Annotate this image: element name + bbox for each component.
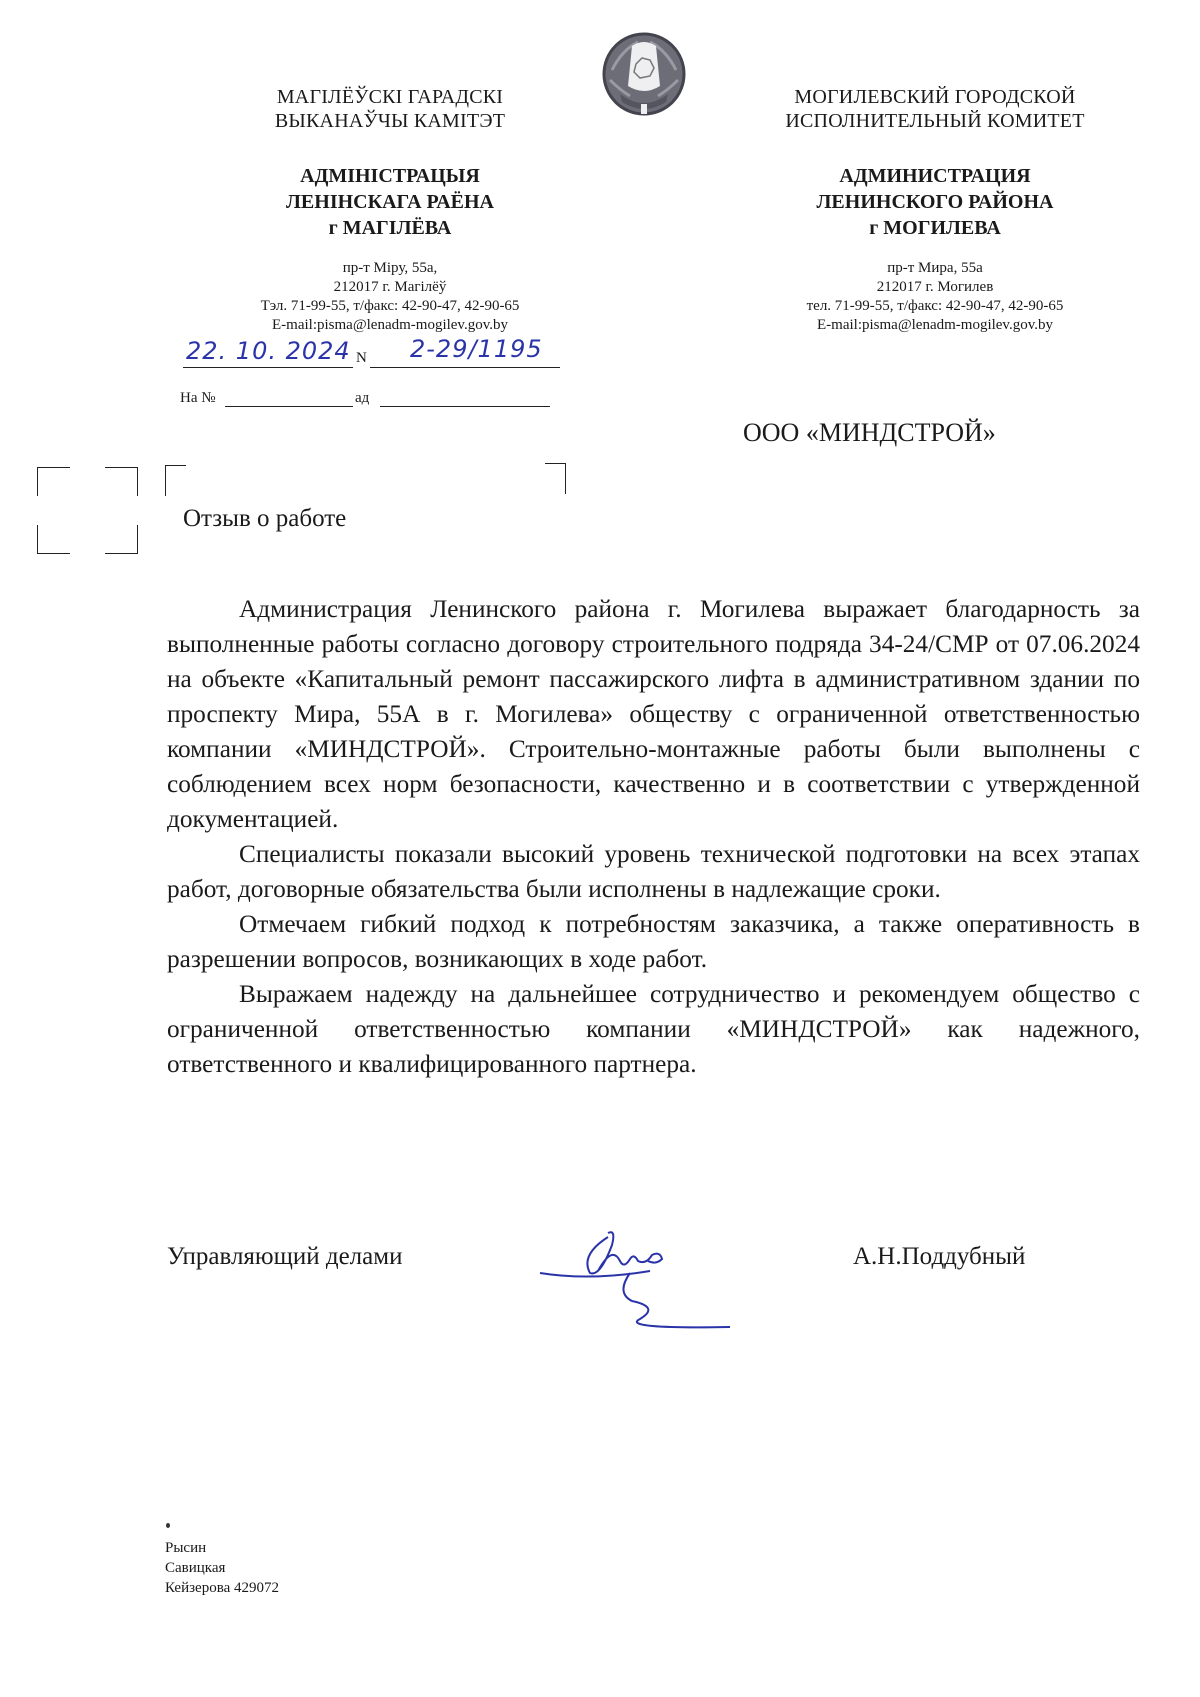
body-paragraph: Выражаем надежду на дальнейшее сотруднич… (167, 977, 1140, 1082)
letter-body: Администрация Ленинского района г. Могил… (167, 592, 1140, 1082)
corner-bracket-br (105, 525, 138, 554)
body-paragraph: Специалисты показали высокий уровень тех… (167, 837, 1140, 907)
registration-number: 2-29/1195 (410, 335, 543, 363)
dept-name-by-line3: г МАГІЛЁВА (195, 215, 585, 241)
dept-name-ru-line3: г МОГИЛЕВА (735, 215, 1135, 241)
reference-date-label: ад (355, 390, 369, 407)
org-name-ru-line2: ИСПОЛНИТЕЛЬНЫЙ КОМИТЕТ (735, 109, 1135, 133)
org-name-ru-line1: МОГИЛЕВСКИЙ ГОРОДСКОЙ (735, 85, 1135, 109)
executor-1: Рысин (165, 1538, 279, 1558)
registration-number-label: N (356, 350, 367, 367)
handwritten-signature-icon (520, 1215, 760, 1335)
dept-name-ru-line1: АДМИНИСТРАЦИЯ (735, 163, 1135, 189)
addressee: ООО «МИНДСТРОЙ» (743, 418, 996, 448)
subject: Отзыв о работе (183, 505, 346, 533)
dept-name-by-line1: АДМІНІСТРАЦЫЯ (195, 163, 585, 189)
subject-bracket-left (165, 465, 186, 496)
corner-bracket-tr (105, 467, 138, 496)
org-name-by-line1: МАГІЛЁЎСКІ ГАРАДСКІ (195, 85, 585, 109)
phone-ru: тел. 71-99-55, т/факс: 42-90-47, 42-90-6… (735, 297, 1135, 316)
org-name-by-line2: ВЫКАНАЎЧЫ КАМІТЭТ (195, 109, 585, 133)
dept-name-by-line2: ЛЕНІНСКАГА РАЁНА (195, 189, 585, 215)
address-ru-line1: пр-т Мира, 55а (735, 259, 1135, 278)
corner-bracket-bl (37, 525, 70, 554)
subject-bracket-right (545, 463, 566, 494)
scan-speck (166, 1523, 170, 1528)
address-by-line1: пр-т Міру, 55а, (195, 259, 585, 278)
corner-bracket-tl (37, 467, 70, 496)
dept-name-ru-line2: ЛЕНИНСКОГО РАЙОНА (735, 189, 1135, 215)
number-underline (370, 367, 560, 368)
header-left: МАГІЛЁЎСКІ ГАРАДСКІ ВЫКАНАЎЧЫ КАМІТЭТ АД… (195, 85, 585, 335)
executor-3: Кейзерова 429072 (165, 1578, 279, 1598)
executor-2: Савицкая (165, 1558, 279, 1578)
reference-number-label: На № (180, 390, 216, 407)
address-ru-line2: 212017 г. Могилев (735, 278, 1135, 297)
address-by-line2: 212017 г. Магілёў (195, 278, 585, 297)
body-paragraph: Отмечаем гибкий подход к потребностям за… (167, 907, 1140, 977)
email-by: E-mail:pisma@lenadm-mogilev.gov.by (195, 316, 585, 335)
header-right: МОГИЛЕВСКИЙ ГОРОДСКОЙ ИСПОЛНИТЕЛЬНЫЙ КОМ… (735, 85, 1135, 335)
date-underline (183, 367, 353, 368)
body-paragraph: Администрация Ленинского района г. Могил… (167, 592, 1140, 837)
reference-date-field (380, 406, 550, 407)
signatory-role: Управляющий делами (167, 1243, 402, 1271)
phone-by: Тэл. 71-99-55, т/факс: 42-90-47, 42-90-6… (195, 297, 585, 316)
state-emblem-icon (600, 30, 688, 118)
executors-list: Рысин Савицкая Кейзерова 429072 (165, 1538, 279, 1598)
signatory-name: А.Н.Поддубный (853, 1243, 1025, 1271)
reference-number-field (225, 406, 353, 407)
registration-date: 22. 10. 2024 (186, 337, 351, 365)
email-ru: E-mail:pisma@lenadm-mogilev.gov.by (735, 316, 1135, 335)
